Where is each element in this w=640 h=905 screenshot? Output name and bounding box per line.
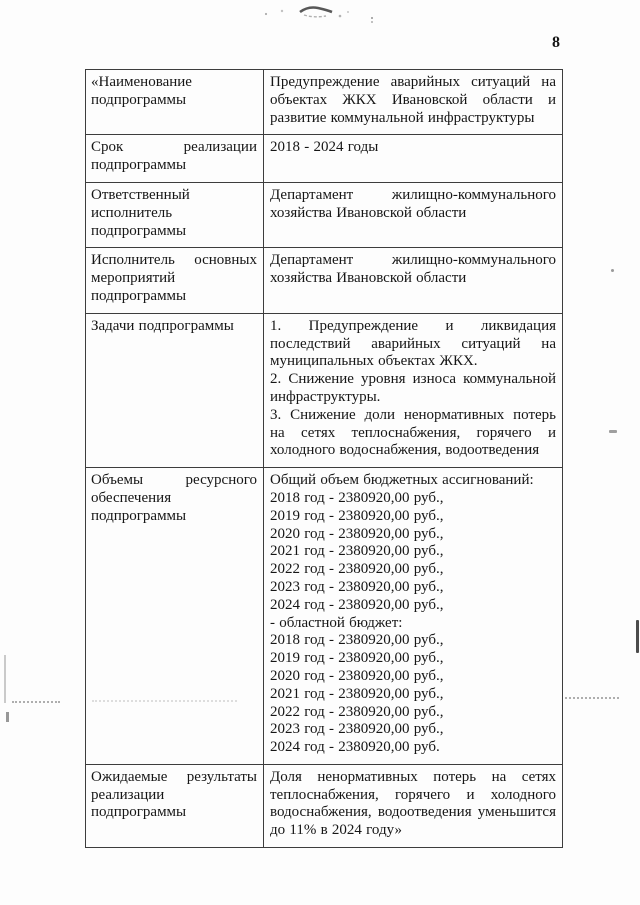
- value-paragraph: Департамент жилищно-коммунального хозяйс…: [270, 187, 556, 223]
- value-paragraph: 3. Снижение доли ненормативных потерь на…: [270, 407, 556, 460]
- scan-artifact-dots-right: [565, 697, 619, 699]
- table-row: Ответственный исполнитель подпрограммы Д…: [86, 182, 562, 247]
- row-label: Объемы ресурсного обеспечения подпрограм…: [86, 468, 264, 764]
- scan-artifact-dots-left: [12, 701, 60, 703]
- scan-artifact-speck: [609, 430, 617, 433]
- scan-artifact-speck: [611, 269, 614, 272]
- document-page: 8 «Наименование подпрограммы Предупрежде…: [0, 0, 640, 905]
- value-line: 2018 год - 2380920,00 руб.,: [270, 490, 556, 508]
- value-line: 2023 год - 2380920,00 руб.,: [270, 721, 556, 739]
- value-line: 2022 год - 2380920,00 руб.,: [270, 704, 556, 722]
- row-value: Общий объем бюджетных ассигнований:2018 …: [264, 468, 562, 764]
- value-line: 2020 год - 2380920,00 руб.,: [270, 526, 556, 544]
- value-line: Общий объем бюджетных ассигнований:: [270, 472, 556, 490]
- row-value: Предупреждение аварийных ситуаций на объ…: [264, 70, 562, 134]
- value-line: 2019 год - 2380920,00 руб.,: [270, 650, 556, 668]
- value-paragraph: Департамент жилищно-коммунального хозяйс…: [270, 252, 556, 288]
- row-value: 1. Предупреждение и ликвидация последств…: [264, 314, 562, 467]
- row-value: 2018 - 2024 годы: [264, 135, 562, 182]
- table-row: Задачи подпрограммы 1. Предупреждение и …: [86, 313, 562, 467]
- value-line: 2021 год - 2380920,00 руб.,: [270, 686, 556, 704]
- row-label: Исполнитель основных мероприятий подпрог…: [86, 248, 264, 312]
- smudge-scribble-icon: [252, 2, 382, 24]
- scan-artifact-edge-streak: [4, 655, 6, 703]
- row-label: «Наименование подпрограммы: [86, 70, 264, 134]
- value-line: 2022 год - 2380920,00 руб.,: [270, 561, 556, 579]
- value-paragraph: 2. Снижение уровня износа коммунальной и…: [270, 371, 556, 407]
- value-line: 2024 год - 2380920,00 руб.: [270, 739, 556, 757]
- row-label: Срок реализации подпрограммы: [86, 135, 264, 182]
- row-label: Ответственный исполнитель подпрограммы: [86, 183, 264, 247]
- value-line: 2020 год - 2380920,00 руб.,: [270, 668, 556, 686]
- subprogram-passport-table: «Наименование подпрограммы Предупреждени…: [85, 69, 563, 848]
- value-line: - областной бюджет:: [270, 615, 556, 633]
- value-paragraph: 1. Предупреждение и ликвидация последств…: [270, 318, 556, 371]
- value-paragraph: 2018 - 2024 годы: [270, 139, 556, 157]
- table-row: Исполнитель основных мероприятий подпрог…: [86, 247, 562, 312]
- row-value: Департамент жилищно-коммунального хозяйс…: [264, 183, 562, 247]
- value-paragraph: Предупреждение аварийных ситуаций на объ…: [270, 74, 556, 127]
- table-row: Ожидаемые результаты реализации подпрогр…: [86, 764, 562, 847]
- value-line: 2023 год - 2380920,00 руб.,: [270, 579, 556, 597]
- value-line: 2019 год - 2380920,00 руб.,: [270, 508, 556, 526]
- value-line: 2018 год - 2380920,00 руб.,: [270, 632, 556, 650]
- scan-artifact-edge-streak: [6, 712, 9, 722]
- row-value: Доля ненормативных потерь на сетях тепло…: [264, 765, 562, 847]
- value-line: 2021 год - 2380920,00 руб.,: [270, 543, 556, 561]
- table-row: Срок реализации подпрограммы 2018 - 2024…: [86, 134, 562, 182]
- table-row: Объемы ресурсного обеспечения подпрограм…: [86, 467, 562, 764]
- row-value: Департамент жилищно-коммунального хозяйс…: [264, 248, 562, 312]
- scan-artifact-right-tick: [636, 620, 639, 653]
- row-label: Задачи подпрограммы: [86, 314, 264, 467]
- row-label: Ожидаемые результаты реализации подпрогр…: [86, 765, 264, 847]
- page-number: 8: [552, 34, 561, 52]
- value-line: 2024 год - 2380920,00 руб.,: [270, 597, 556, 615]
- scan-artifact-smudge: [252, 2, 382, 24]
- table-row: «Наименование подпрограммы Предупреждени…: [86, 70, 562, 134]
- value-paragraph: Доля ненормативных потерь на сетях тепло…: [270, 769, 556, 840]
